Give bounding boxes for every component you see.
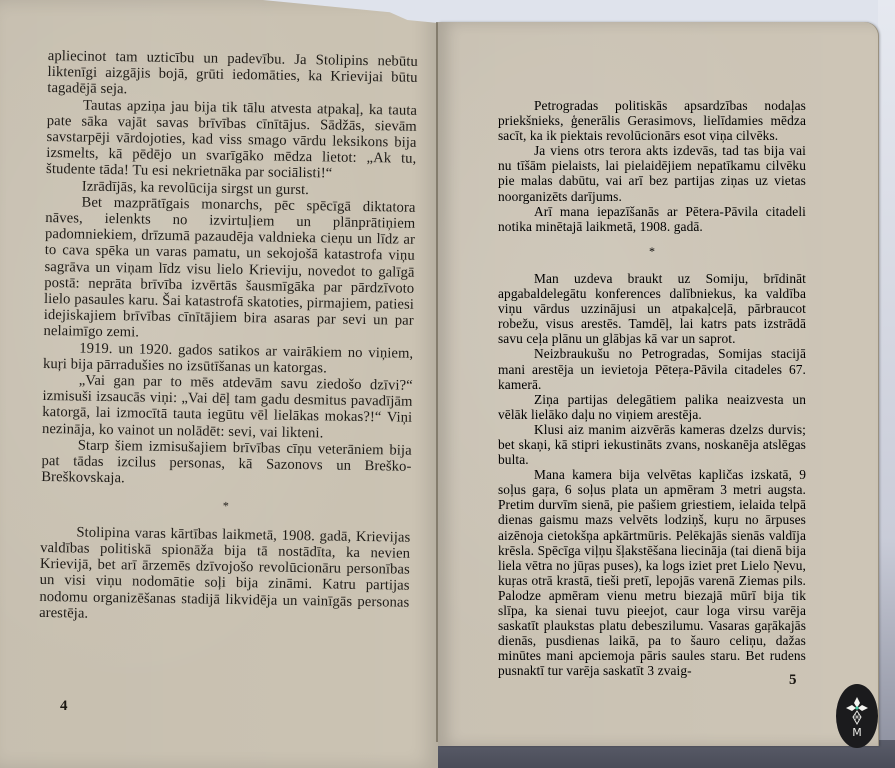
background-surface-right [878,0,895,768]
section-separator: * [41,495,411,517]
right-page-text: Petrogradas politiskās apsardzības nodaļ… [498,98,806,678]
paragraph: Arī mana iepazīšanās ar Pētera-Pāvila ci… [498,204,806,234]
paragraph: Ziņa partijas delegātiem palika neaizves… [498,392,806,422]
paragraph: Starp šiem izmisušajiem brīvības cīņu ve… [41,437,412,491]
watermark-badge: M [836,684,878,748]
paragraph: Mana kamera bija velvētas kapličas izska… [498,467,806,678]
book-spine [436,22,438,742]
paragraph: apliecinot tam uzticību un padevību. Ja … [47,48,418,102]
paragraph: Tautas apziņa jau bija tik tālu atvesta … [46,97,417,184]
section-separator: * [498,244,806,259]
paragraph: Bet mazprātīgais monarchs, pēc spēcīgā d… [43,194,415,346]
page-number-left: 4 [60,698,68,715]
paragraph: Petrogradas politiskās apsardzības nodaļ… [498,98,806,143]
paragraph: Klusi aiz manim aizvērās kameras dzelzs … [498,422,806,467]
left-page: apliecinot tam uzticību un padevību. Ja … [0,0,438,768]
paragraph: „Vai gan par to mēs atdevām savu ziedošo… [42,372,413,443]
flower-monogram-icon: M [842,691,872,741]
page-number-right: 5 [789,672,797,689]
left-page-text: apliecinot tam uzticību un padevību. Ja … [39,48,418,627]
paragraph: Stolipina varas kārtības laikmetā, 1908.… [39,524,410,627]
svg-text:M: M [852,726,862,739]
paragraph: Man uzdeva braukt uz Somiju, brīdināt ap… [498,271,806,346]
paragraph: Neizbraukušu no Petrogradas, Somijas sta… [498,346,806,391]
paragraph: Ja viens otrs terora akts izdevās, tad t… [498,143,806,203]
